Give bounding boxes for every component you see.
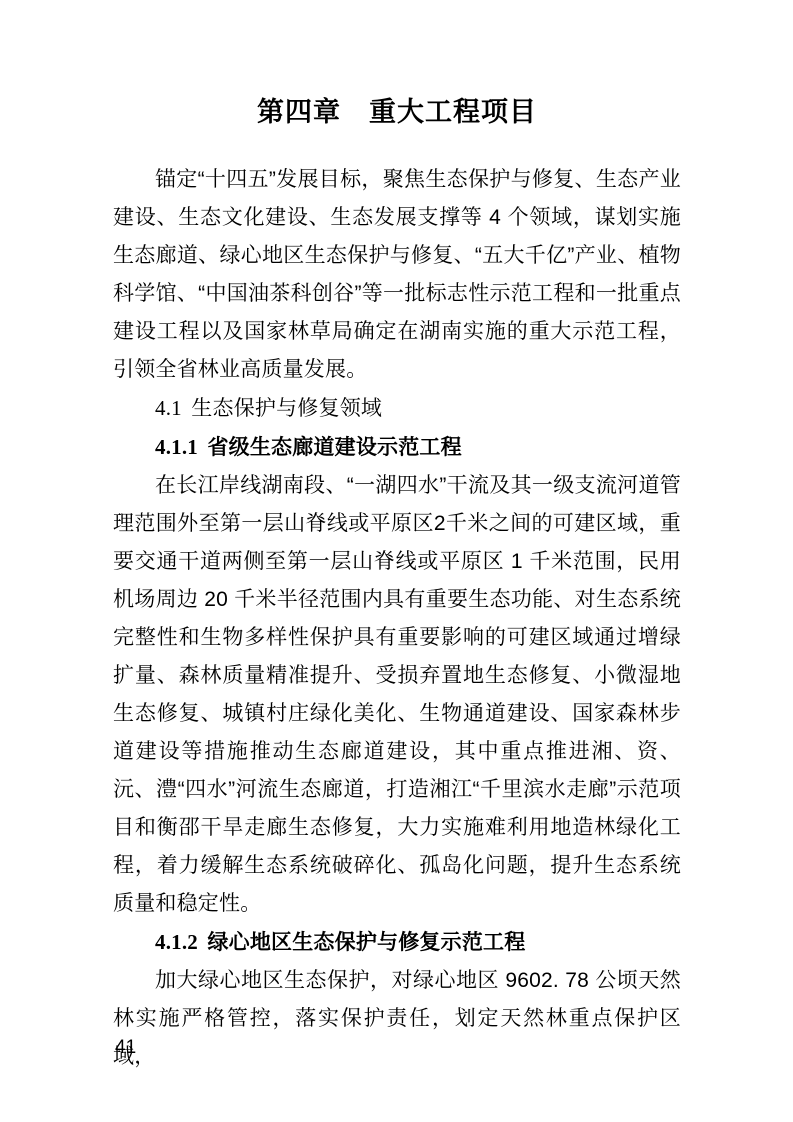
subsection-heading-label: 省级生态廊道建设示范工程	[207, 436, 461, 459]
chapter-title: 第四章 重大工程项目	[113, 92, 681, 132]
subsection-heading-label: 绿心地区生态保护与修复示范工程	[207, 931, 525, 954]
subsection-number: 4.1.2	[155, 930, 198, 954]
document-body: 第四章 重大工程项目 锚定“十四五”发展目标，聚焦生态保护与修复、生态产业建设、…	[113, 0, 681, 1076]
section-number: 4.1	[155, 396, 182, 420]
section-heading-4-1: 4.1生态保护与修复领域	[113, 389, 681, 428]
section-heading-label: 生态保护与修复领域	[191, 397, 382, 420]
page-number: 41	[115, 1036, 136, 1060]
paragraph-intro: 锚定“十四五”发展目标，聚焦生态保护与修复、生态产业建设、生态文化建设、生态发展…	[113, 161, 681, 389]
paragraph-4-1-2: 加大绿心地区生态保护，对绿心地区 9602. 78 公顷天然林实施严格管控，落实…	[113, 962, 681, 1076]
subsection-heading-4-1-2: 4.1.2绿心地区生态保护与修复示范工程	[113, 923, 681, 962]
document-page: 第四章 重大工程项目 锚定“十四五”发展目标，聚焦生态保护与修复、生态产业建设、…	[0, 0, 793, 1122]
paragraph-4-1-1: 在长江岸线湖南段、“一湖四水”干流及其一级支流河道管理范围外至第一层山脊线或平原…	[113, 467, 681, 923]
subsection-number: 4.1.1	[155, 435, 198, 459]
subsection-heading-4-1-1: 4.1.1省级生态廊道建设示范工程	[113, 428, 681, 467]
